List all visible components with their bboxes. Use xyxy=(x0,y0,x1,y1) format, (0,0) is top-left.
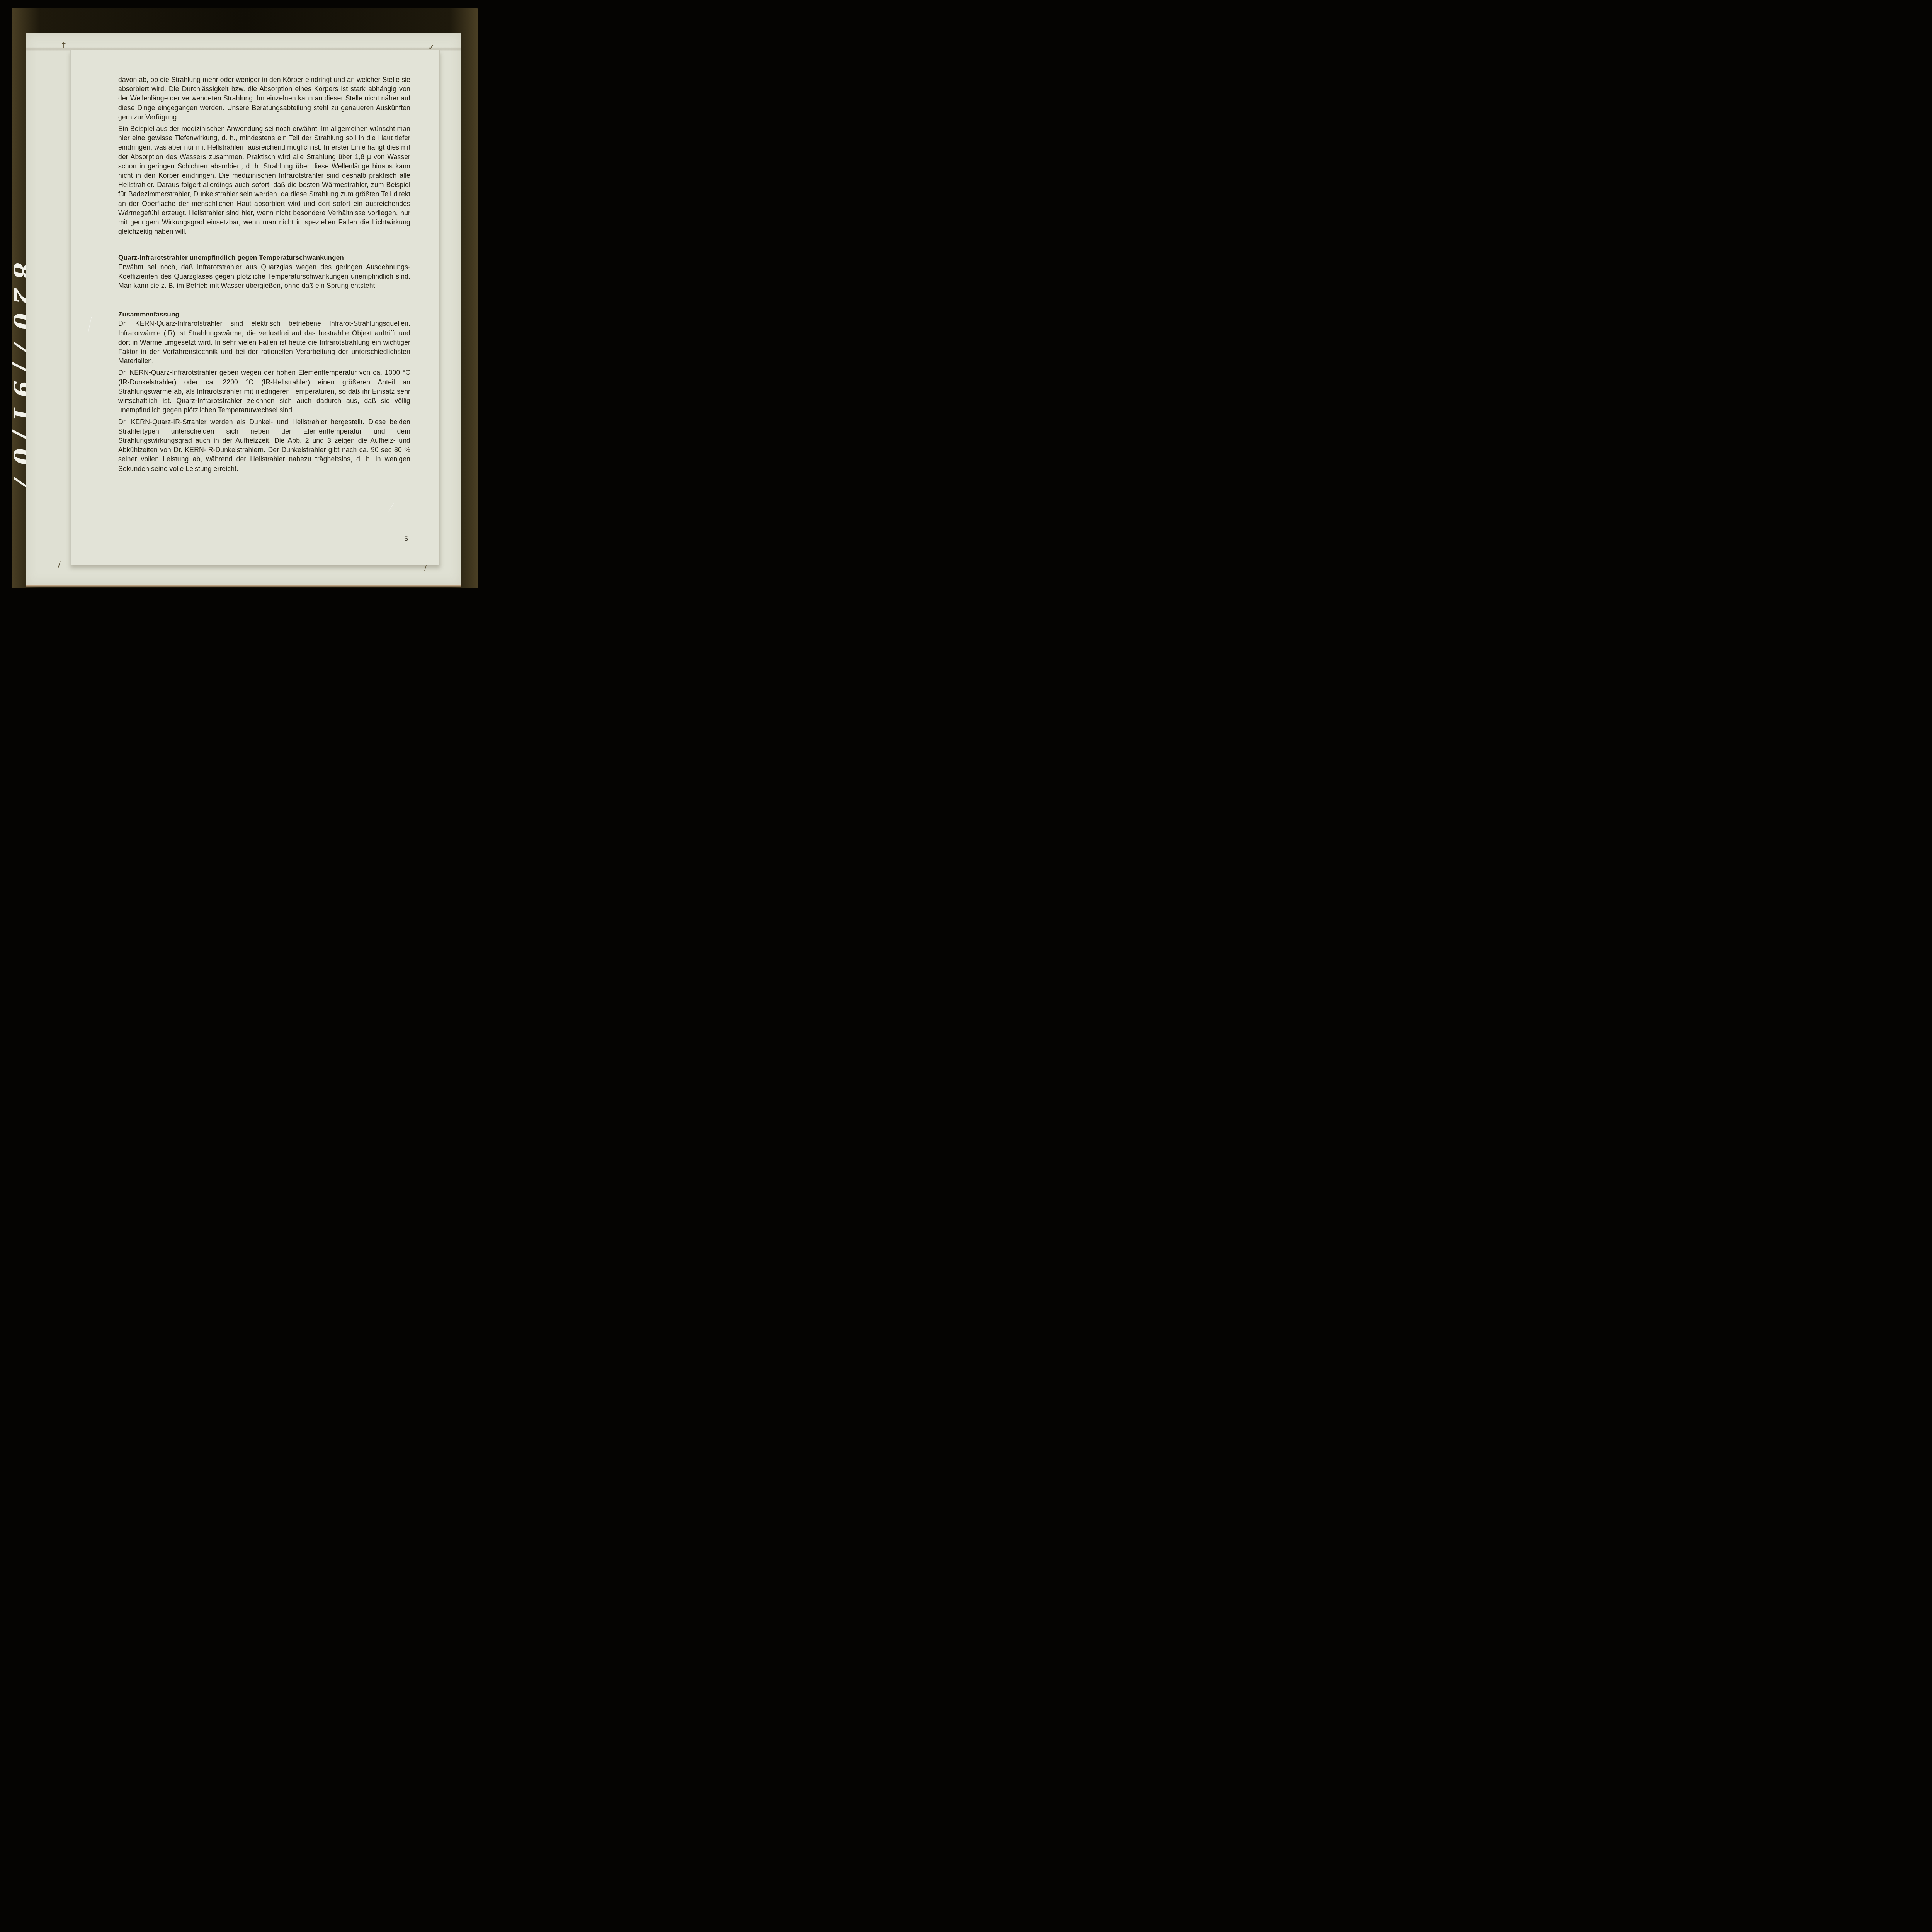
body-paragraph: Erwähnt sei noch, daß Infrarotstrahler a… xyxy=(118,262,410,291)
body-paragraph: Dr. KERN-Quarz-Infrarotstrahler sind ele… xyxy=(118,319,410,366)
page-number: 5 xyxy=(404,535,408,543)
body-paragraph: Dr. KERN-Quarz-IR-Strahler werden als Du… xyxy=(118,417,410,473)
section-heading-temperature: Quarz-Infrarotstrahler unempfindlich geg… xyxy=(118,253,410,262)
section-spacer xyxy=(118,238,410,253)
section-spacer xyxy=(118,293,410,310)
section-heading-summary: Zusammenfassung xyxy=(118,310,410,319)
body-paragraph: Dr. KERN-Quarz-Infrarotstrahler geben we… xyxy=(118,368,410,415)
document-body: davon ab, ob die Strahlung mehr oder wen… xyxy=(118,75,410,476)
body-paragraph: davon ab, ob die Strahlung mehr oder wen… xyxy=(118,75,410,122)
registration-mark-top-left: † xyxy=(62,40,66,49)
registration-mark-bottom-left: ∕ xyxy=(58,560,61,569)
body-paragraph: Ein Beispiel aus der medizinischen Anwen… xyxy=(118,124,410,236)
